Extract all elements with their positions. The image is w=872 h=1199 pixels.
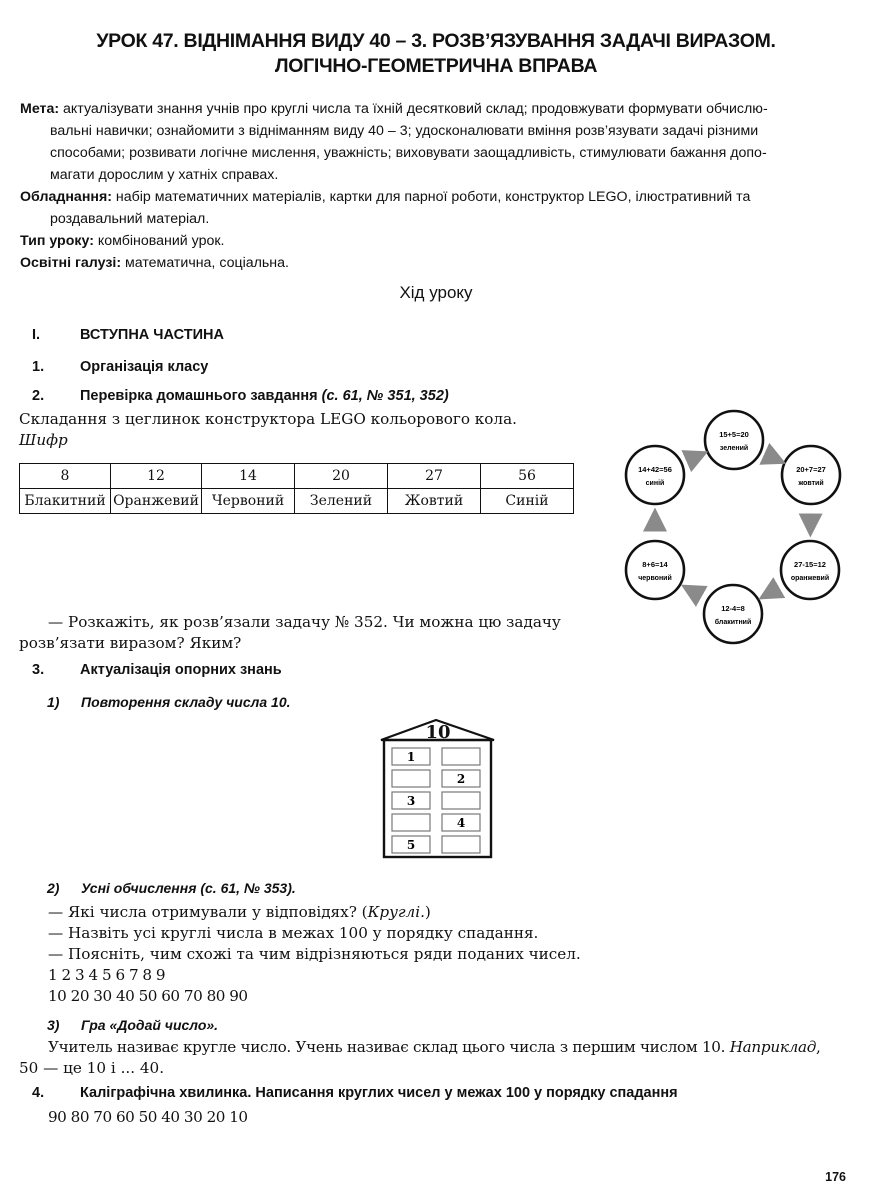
arrow-icon xyxy=(691,591,698,595)
section-number: I. xyxy=(32,327,80,343)
cipher-number: 27 xyxy=(388,464,481,489)
lesson-progress-heading: Хід уроку xyxy=(0,283,872,303)
lesson-title-line2: ЛОГІЧНО-ГЕОМЕТРИЧНА ВПРАВА xyxy=(0,55,872,78)
circle-node-expression: 20+7=27 xyxy=(796,465,826,474)
house-cell xyxy=(392,814,430,831)
item-title: Актуалізація опорних знань xyxy=(80,662,282,678)
cipher-color: Зелений xyxy=(295,489,388,514)
game-text-end: , xyxy=(816,1038,821,1056)
cipher-color: Жовтий xyxy=(388,489,481,514)
sub-title: Повторення складу числа 10. xyxy=(81,694,291,710)
circle-node-color: блакитний xyxy=(715,618,752,626)
game-example-label: Наприклад xyxy=(730,1038,816,1056)
sub-title: Гра «Додай число». xyxy=(81,1017,218,1033)
circle-node xyxy=(626,541,684,599)
item-homework-check: 2.Перевірка домашнього завдання (с. 61, … xyxy=(32,388,449,404)
sub-number: 1) xyxy=(47,694,81,710)
item-calligraphy: 4.Каліграфічна хвилинка. Написання кругл… xyxy=(32,1085,678,1101)
question-352-line2: розв’язати виразом? Яким? xyxy=(19,633,241,654)
goal-line4: магати дорослим у хатніх справах. xyxy=(20,164,858,186)
item-title: Каліграфічна хвилинка. Написання круглих… xyxy=(80,1085,678,1101)
circle-node xyxy=(781,541,839,599)
circle-node-color: жовтий xyxy=(797,479,823,487)
house-cell xyxy=(442,836,480,853)
house-cell-value: 5 xyxy=(407,838,415,852)
circle-nodes: 15+5=20зелений20+7=27жовтий27-15=12оранж… xyxy=(626,411,840,643)
number-row-units: 1 2 3 4 5 6 7 8 9 xyxy=(48,965,165,986)
oral-question-1: — Які числа отримували у відповідях? (Кр… xyxy=(48,902,431,923)
cipher-number: 56 xyxy=(481,464,574,489)
sub-number: 2) xyxy=(47,880,81,896)
lesson-type-value: комбінований урок. xyxy=(98,233,225,249)
sub-oral-calculations: 2)Усні обчислення (с. 61, № 353). xyxy=(47,880,296,896)
circle-node-expression: 27-15=12 xyxy=(794,560,826,569)
item-number: 4. xyxy=(32,1085,80,1101)
arrow-icon xyxy=(768,455,775,458)
house-cell xyxy=(442,748,480,765)
cipher-number: 20 xyxy=(295,464,388,489)
educational-fields-label: Освітні галузі: xyxy=(20,255,121,271)
game-text-line2: 50 — це 10 і ... 40. xyxy=(19,1058,164,1079)
cipher-number: 14 xyxy=(202,464,295,489)
circle-node-color: зелений xyxy=(720,444,748,452)
section-title: ВСТУПНА ЧАСТИНА xyxy=(80,327,224,343)
circle-node xyxy=(626,446,684,504)
cipher-color: Оранжевий xyxy=(111,489,202,514)
cipher-number: 8 xyxy=(20,464,111,489)
educational-fields-value: математична, соціальна. xyxy=(125,255,289,271)
item-number: 3. xyxy=(32,662,80,678)
sub-number: 3) xyxy=(47,1017,81,1033)
cipher-colors-row: Блакитний Оранжевий Червоний Зелений Жов… xyxy=(20,489,574,514)
question-352-line1: — Розкажіть, як розв’язали задачу № 352.… xyxy=(48,612,561,633)
number-house-10: 10 12345 xyxy=(378,718,498,860)
sub-number-composition: 1)Повторення складу числа 10. xyxy=(47,694,291,710)
sub-add-number-game: 3)Гра «Додай число». xyxy=(47,1017,218,1033)
cipher-label: Шифр xyxy=(19,430,68,451)
page-number: 176 xyxy=(825,1170,846,1184)
lesson-type-label: Тип уроку: xyxy=(20,233,94,249)
goal-line3: способами; розвивати логічне мислення, у… xyxy=(20,142,858,164)
lesson-title-line1: УРОК 47. ВІДНІМАННЯ ВИДУ 40 – 3. РОЗВ’ЯЗ… xyxy=(0,30,872,53)
equipment-paragraph: Обладнання: набір математичних матеріалі… xyxy=(20,186,858,208)
house-cell-value: 4 xyxy=(457,816,465,830)
circle-node xyxy=(704,585,762,643)
cipher-numbers-row: 8 12 14 20 27 56 xyxy=(20,464,574,489)
color-circle-diagram: 15+5=20зелений20+7=27жовтий27-15=12оранж… xyxy=(605,395,872,665)
house-cell xyxy=(442,792,480,809)
equipment-line2: роздавальний матеріал. xyxy=(20,208,858,230)
arrow-icon xyxy=(690,456,697,459)
circle-node xyxy=(705,411,763,469)
cipher-color: Червоний xyxy=(202,489,295,514)
house-roof-number: 10 xyxy=(425,722,450,743)
house-cell xyxy=(392,770,430,787)
oral-question-1-end: ) xyxy=(425,903,431,921)
circle-node-expression: 14+42=56 xyxy=(638,465,672,474)
oral-question-2: — Назвіть усі круглі числа в межах 100 у… xyxy=(48,923,538,944)
circle-node-color: синій xyxy=(646,479,665,487)
section-intro: I.ВСТУПНА ЧАСТИНА xyxy=(32,327,224,343)
equipment-line1: набір математичних матеріалів, картки дл… xyxy=(116,189,750,205)
item-reference: (с. 61, № 351, 352) xyxy=(322,388,449,404)
game-text-line1: Учитель називає кругле число. Учень нази… xyxy=(48,1037,821,1058)
circle-node-expression: 8+6=14 xyxy=(642,560,668,569)
goal-label: Мета: xyxy=(20,101,59,117)
equipment-label: Обладнання: xyxy=(20,189,112,205)
educational-fields: Освітні галузі: математична, соціальна. xyxy=(20,252,858,274)
house-cell-value: 2 xyxy=(457,772,465,786)
goal-paragraph: Мета: актуалізувати знання учнів про кру… xyxy=(20,98,858,120)
cipher-color: Блакитний xyxy=(20,489,111,514)
cipher-number: 12 xyxy=(111,464,202,489)
item-key-knowledge: 3.Актуалізація опорних знань xyxy=(32,662,282,678)
lesson-meta: Мета: актуалізувати знання учнів про кру… xyxy=(20,98,858,274)
item-class-organization: 1.Організація класу xyxy=(32,359,208,375)
house-cell-value: 1 xyxy=(407,750,415,764)
house-cell-value: 3 xyxy=(407,794,415,808)
arrow-icon xyxy=(769,590,776,594)
number-row-tens: 10 20 30 40 50 60 70 80 90 xyxy=(48,986,248,1007)
oral-question-3: — Поясніть, чим схожі та чим відрізняють… xyxy=(48,944,581,965)
oral-question-1-text: — Які числа отримували у відповідях? ( xyxy=(48,903,368,921)
item-number: 2. xyxy=(32,388,80,404)
lesson-type: Тип уроку: комбінований урок. xyxy=(20,230,858,252)
circle-node-color: оранжевий xyxy=(791,574,829,582)
circle-node-expression: 15+5=20 xyxy=(719,430,749,439)
item-title: Перевірка домашнього завдання xyxy=(80,388,318,404)
house-cells: 12345 xyxy=(392,748,480,853)
cipher-color: Синій xyxy=(481,489,574,514)
goal-line2: вальні навички; ознайомити з відніманням… xyxy=(20,120,858,142)
circle-node xyxy=(782,446,840,504)
item-number: 1. xyxy=(32,359,80,375)
circle-node-expression: 12-4=8 xyxy=(721,604,745,613)
oral-question-1-answer: Круглі. xyxy=(368,903,425,921)
item-title: Організація класу xyxy=(80,359,208,375)
goal-line1: актуалізувати знання учнів про круглі чи… xyxy=(63,101,768,117)
game-text: Учитель називає кругле число. Учень нази… xyxy=(48,1038,725,1056)
cipher-table: 8 12 14 20 27 56 Блакитний Оранжевий Чер… xyxy=(19,463,574,514)
lego-task-text: Складання з цеглинок конструктора LEGO к… xyxy=(19,409,517,430)
circle-node-color: червоний xyxy=(638,574,672,582)
sub-title: Усні обчислення (с. 61, № 353). xyxy=(81,880,296,896)
calligraphy-sequence: 90 80 70 60 50 40 30 20 10 xyxy=(48,1107,248,1128)
